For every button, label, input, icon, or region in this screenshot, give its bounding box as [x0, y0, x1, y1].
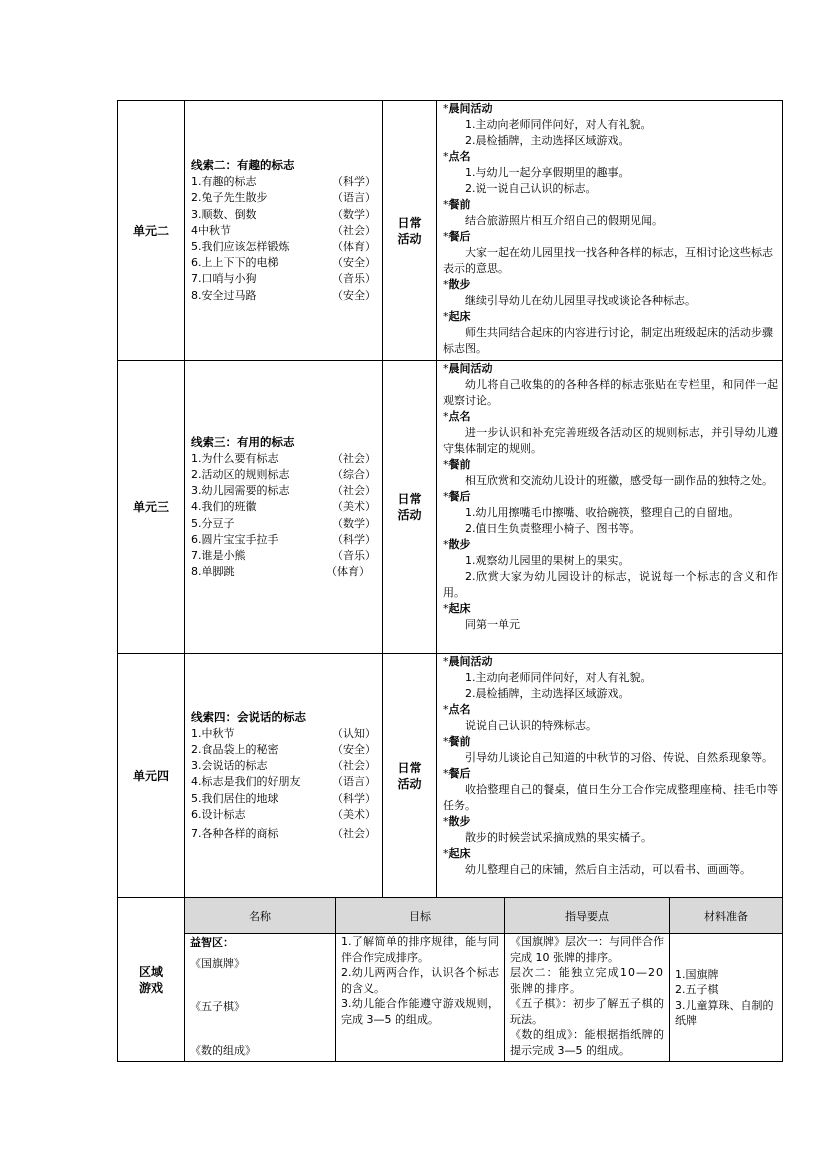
header-materials: 材料准备 [669, 897, 783, 934]
theme-title: 线索四：会说话的标志 [191, 709, 376, 726]
lesson-subject: （安全） [332, 255, 376, 271]
daily-label-line: 活动 [397, 231, 421, 247]
lesson-item: 7.各种各样的商标（社会） [191, 826, 376, 842]
activity-line: 进一步认识和补充完善班级各活动区的规则标志，并引导幼儿遵守集体制定的规则。 [443, 425, 778, 457]
unit-label-text: 单元四 [133, 768, 169, 784]
game-name: 《五子棋》 [190, 999, 330, 1015]
unit-label-4: 单元四 [117, 653, 185, 898]
lesson-name: 6.圆片宝宝手拉手 [191, 532, 279, 548]
activity-heading: *点名 [443, 149, 778, 165]
lesson-item: 1.中秋节（认知） [191, 726, 376, 742]
guidance-item: 《国旗牌》层次一：与同伴合作完成 10 张牌的排序。 [510, 934, 664, 965]
activity-line: 2.说一说自己认识的标志。 [443, 181, 778, 197]
daily-label-line: 日常 [397, 760, 421, 776]
lesson-item: 1.有趣的标志（科学） [191, 174, 376, 190]
lesson-item: 7.口哨与小狗（音乐） [191, 271, 376, 287]
lesson-name: 8.单脚跳 [191, 564, 235, 580]
lesson-item: 7.谁是小熊（音乐） [191, 548, 376, 564]
lesson-subject: （科学） [332, 532, 376, 548]
theme-cell-3: 线索三：有用的标志 1.为什么要有标志（社会） 2.活动区的规则标志（综合） 3… [184, 360, 383, 654]
lesson-item: 4.我们的班徽（美术） [191, 499, 376, 515]
lesson-item: 6.设计标志（美术） [191, 807, 376, 823]
lesson-subject: （安全） [332, 288, 376, 304]
activity-line: 1.观察幼儿园里的果树上的果实。 [443, 553, 778, 569]
activity-line: 收拾整理自己的餐桌，值日生分工合作完成整理座椅、挂毛巾等任务。 [443, 782, 778, 814]
zone-label-line: 区域 [139, 964, 163, 980]
lesson-subject: （数学） [332, 516, 376, 532]
game-name: 《国旗牌》 [190, 956, 330, 972]
activity-line: 2.欣赏大家为幼儿园设计的标志，说说每一个标志的含义和作用。 [443, 569, 778, 601]
activity-heading: *晨间活动 [443, 101, 778, 117]
lesson-name: 1.中秋节 [191, 726, 235, 742]
activity-line: 幼儿整理自己的床铺，然后自主活动，可以看书、画画等。 [443, 862, 778, 878]
lesson-name: 5.我们居住的地球 [191, 791, 279, 807]
activity-line: 结合旅游照片相互介绍自己的假期见闻。 [443, 213, 778, 229]
lesson-item: 6.上上下下的电梯（安全） [191, 255, 376, 271]
activity-heading: *起床 [443, 601, 778, 617]
lesson-item: 4.标志是我们的好朋友（语言） [191, 774, 376, 790]
lesson-subject: （体育） [332, 239, 376, 255]
lesson-name: 3.会说话的标志 [191, 758, 268, 774]
material-item: 2.五子棋 [675, 982, 777, 998]
lesson-subject: （社会） [332, 826, 376, 842]
lesson-subject: （社会） [332, 758, 376, 774]
goal-item: 3.幼儿能合作能遵守游戏规则，完成 3—5 的组成。 [341, 996, 499, 1027]
lesson-name: 2.活动区的规则标志 [191, 467, 290, 483]
header-goal: 目标 [335, 897, 505, 934]
lesson-name: 4.我们的班徽 [191, 499, 257, 515]
lesson-name: 6.设计标志 [191, 807, 246, 823]
lesson-name: 2.兔子先生散步 [191, 190, 268, 206]
activity-heading: *散步 [443, 537, 778, 553]
activity-heading: *餐前 [443, 457, 778, 473]
activity-heading: *餐后 [443, 489, 778, 505]
theme-title: 线索三：有用的标志 [191, 434, 376, 451]
daily-activities-4: *晨间活动 1.主动向老师同伴问好，对人有礼貌。 2.晨检插牌，主动选择区域游戏… [436, 653, 783, 898]
material-item: 1.国旗牌 [675, 967, 777, 983]
activity-line: 师生共同结合起床的内容进行讨论，制定出班级起床的活动步骤标志图。 [443, 325, 778, 357]
lesson-name: 7.谁是小熊 [191, 548, 246, 564]
lesson-subject: （科学） [332, 174, 376, 190]
lesson-item: 3.顺数、倒数（数学） [191, 207, 376, 223]
activity-line: 散步的时候尝试采摘成熟的果实橘子。 [443, 830, 778, 846]
activity-line: 1.主动向老师同伴问好，对人有礼貌。 [443, 670, 778, 686]
lesson-name: 7.口哨与小狗 [191, 271, 257, 287]
activity-heading: *点名 [443, 702, 778, 718]
lesson-item: 2.活动区的规则标志（综合） [191, 467, 376, 483]
activity-line: 继续引导幼儿在幼儿园里寻找或谈论各种标志。 [443, 293, 778, 309]
lesson-item: 5.我们居住的地球（科学） [191, 791, 376, 807]
activity-line: 1.主动向老师同伴问好，对人有礼貌。 [443, 117, 778, 133]
lesson-item: 5.我们应该怎样锻炼（体育） [191, 239, 376, 255]
activity-heading: *晨间活动 [443, 654, 778, 670]
activity-heading: *散步 [443, 277, 778, 293]
guidance-item: 层次二：能独立完成10—20 张牌的排序。 [510, 965, 664, 996]
lesson-item: 8.安全过马路（安全） [191, 288, 376, 304]
lesson-name: 4中秋节 [191, 223, 231, 239]
lesson-name: 1.为什么要有标志 [191, 451, 279, 467]
zone-games-label: 区域游戏 [117, 897, 185, 1062]
goal-item: 2.幼儿两两合作，认识各个标志的含义。 [341, 965, 499, 996]
lesson-item: 1.为什么要有标志（社会） [191, 451, 376, 467]
unit-label-2: 单元二 [117, 100, 185, 361]
lesson-item: 5.分豆子（数学） [191, 516, 376, 532]
lesson-name: 3.顺数、倒数 [191, 207, 257, 223]
game-name: 《数的组成》 [190, 1043, 330, 1059]
lesson-name: 5.分豆子 [191, 516, 235, 532]
lesson-name: 8.安全过马路 [191, 288, 257, 304]
activity-heading: *散步 [443, 814, 778, 830]
theme-cell-4: 线索四：会说话的标志 1.中秋节（认知） 2.食品袋上的秘密（安全） 3.会说话… [184, 653, 383, 898]
lesson-item: 3.幼儿园需要的标志（社会） [191, 483, 376, 499]
lesson-subject: （社会） [332, 223, 376, 239]
zone-name-cell: 益智区： 《国旗牌》 《五子棋》 《数的组成》 [184, 933, 336, 1062]
activity-line: 1.幼儿用擦嘴毛巾擦嘴、收拾碗筷，整理自己的自留地。 [443, 505, 778, 521]
header-guidance: 指导要点 [504, 897, 670, 934]
activity-heading: *餐后 [443, 766, 778, 782]
lesson-subject: （体育） [326, 564, 370, 580]
lesson-subject: （社会） [332, 451, 376, 467]
lesson-subject: （美术） [332, 499, 376, 515]
lesson-name: 5.我们应该怎样锻炼 [191, 239, 290, 255]
lesson-subject: （数学） [332, 207, 376, 223]
activity-line: 大家一起在幼儿园里找一找各种各样的标志，互相讨论这些标志表示的意思。 [443, 245, 778, 277]
header-name: 名称 [184, 897, 336, 934]
activity-heading: *起床 [443, 309, 778, 325]
daily-label-line: 活动 [397, 507, 421, 523]
lesson-subject: （认知） [332, 726, 376, 742]
lesson-name: 1.有趣的标志 [191, 174, 257, 190]
lesson-item: 3.会说话的标志（社会） [191, 758, 376, 774]
daily-activity-label-3: 日常活动 [382, 360, 437, 654]
theme-title: 线索二：有趣的标志 [191, 157, 376, 174]
daily-label-line: 活动 [397, 776, 421, 792]
lesson-item: 8.单脚跳（体育） [191, 564, 376, 580]
lesson-subject: （语言） [332, 190, 376, 206]
lesson-item: 6.圆片宝宝手拉手（科学） [191, 532, 376, 548]
activity-line: 幼儿将自己收集的的各种各样的标志张贴在专栏里，和同伴一起观察讨论。 [443, 377, 778, 409]
daily-activities-3: *晨间活动 幼儿将自己收集的的各种各样的标志张贴在专栏里，和同伴一起观察讨论。 … [436, 360, 783, 654]
daily-activities-2: *晨间活动 1.主动向老师同伴问好，对人有礼貌。 2.晨检插牌，主动选择区域游戏… [436, 100, 783, 361]
guidance-item: 《数的组成》：能根据指纸牌的提示完成 3—5 的组成。 [510, 1027, 664, 1058]
lesson-subject: （社会） [332, 483, 376, 499]
lesson-subject: （音乐） [332, 548, 376, 564]
activity-line: 同第一单元 [443, 617, 778, 633]
goal-item: 1.了解简单的排序规律，能与同伴合作完成排序。 [341, 934, 499, 965]
daily-label-line: 日常 [397, 215, 421, 231]
unit-label-text: 单元三 [133, 499, 169, 515]
daily-activity-label-2: 日常活动 [382, 100, 437, 361]
activity-heading: *起床 [443, 846, 778, 862]
lesson-name: 4.标志是我们的好朋友 [191, 774, 301, 790]
lesson-name: 6.上上下下的电梯 [191, 255, 279, 271]
lesson-subject: （美术） [332, 807, 376, 823]
activity-heading: *餐前 [443, 734, 778, 750]
activity-heading: *餐后 [443, 229, 778, 245]
activity-line: 相互欣赏和交流幼儿设计的班徽，感受每一副作品的独特之处。 [443, 473, 778, 489]
unit-label-text: 单元二 [133, 223, 169, 239]
guidance-item: 《五子棋》：初步了解五子棋的玩法。 [510, 996, 664, 1027]
lesson-subject: （语言） [332, 774, 376, 790]
activity-line: 2.晨检插牌，主动选择区域游戏。 [443, 686, 778, 702]
lesson-name: 7.各种各样的商标 [191, 826, 279, 842]
lesson-plan-table: 单元二 线索二：有趣的标志 1.有趣的标志（科学） 2.兔子先生散步（语言） 3… [117, 100, 783, 1062]
material-item: 3.儿童算珠、自制的纸牌 [675, 998, 777, 1029]
zone-guidance-cell: 《国旗牌》层次一：与同伴合作完成 10 张牌的排序。 层次二：能独立完成10—2… [504, 933, 670, 1062]
lesson-name: 2.食品袋上的秘密 [191, 742, 279, 758]
zone-materials-cell: 1.国旗牌 2.五子棋 3.儿童算珠、自制的纸牌 [669, 933, 783, 1062]
activity-heading: *点名 [443, 409, 778, 425]
theme-cell-2: 线索二：有趣的标志 1.有趣的标志（科学） 2.兔子先生散步（语言） 3.顺数、… [184, 100, 383, 361]
zone-label-line: 游戏 [139, 980, 163, 996]
lesson-subject: （音乐） [332, 271, 376, 287]
lesson-item: 2.兔子先生散步（语言） [191, 190, 376, 206]
lesson-subject: （综合） [332, 467, 376, 483]
activity-line: 2.值日生负责整理小椅子、图书等。 [443, 521, 778, 537]
lesson-item: 4中秋节（社会） [191, 223, 376, 239]
activity-heading: *晨间活动 [443, 361, 778, 377]
daily-label-line: 日常 [397, 491, 421, 507]
lesson-subject: （安全） [332, 742, 376, 758]
lesson-name: 3.幼儿园需要的标志 [191, 483, 290, 499]
activity-line: 2.晨检插牌，主动选择区域游戏。 [443, 133, 778, 149]
activity-heading: *餐前 [443, 197, 778, 213]
zone-title: 益智区： [190, 935, 330, 951]
activity-line: 说说自己认识的特殊标志。 [443, 718, 778, 734]
zone-goal-cell: 1.了解简单的排序规律，能与同伴合作完成排序。 2.幼儿两两合作，认识各个标志的… [335, 933, 505, 1062]
lesson-item: 2.食品袋上的秘密（安全） [191, 742, 376, 758]
unit-label-3: 单元三 [117, 360, 185, 654]
activity-line: 引导幼儿谈论自己知道的中秋节的习俗、传说、自然系现象等。 [443, 750, 778, 766]
daily-activity-label-4: 日常活动 [382, 653, 437, 898]
activity-line: 1.与幼儿一起分享假期里的趣事。 [443, 165, 778, 181]
lesson-subject: （科学） [332, 791, 376, 807]
